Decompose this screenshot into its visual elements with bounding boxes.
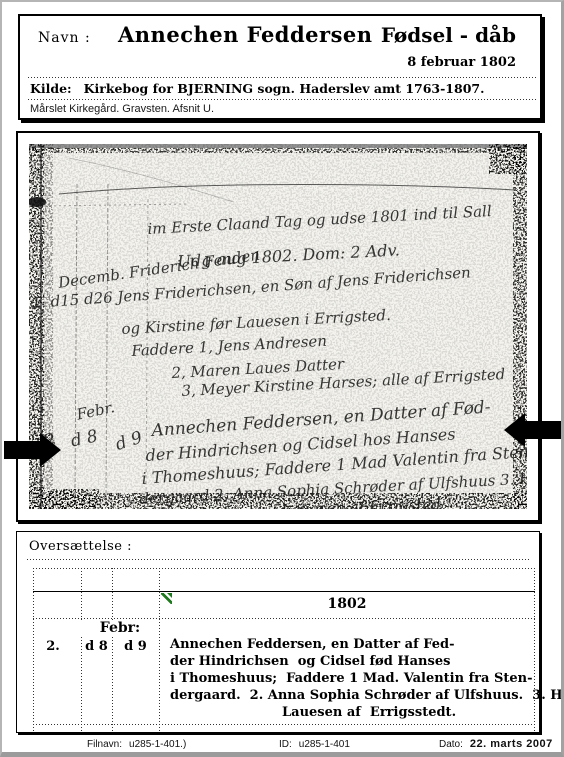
table-line-solid bbox=[33, 591, 535, 592]
translation-text-line: Annechen Feddersen, en Datter af Fed- bbox=[170, 636, 530, 653]
source-line: Kilde:Kirkebog for BJERNING sogn. Haders… bbox=[30, 81, 484, 96]
translation-text: Annechen Feddersen, en Datter af Fed- de… bbox=[170, 636, 530, 721]
dotted-separator bbox=[28, 99, 537, 100]
translation-box: Oversættelse : 1802 Febr: 2. d 8 d 9 Ann… bbox=[16, 531, 540, 733]
translation-table: 1802 Febr: 2. d 8 d 9 Annechen Feddersen… bbox=[33, 568, 535, 733]
date-value: 22. marts 2007 bbox=[470, 738, 553, 750]
table-border-right bbox=[534, 568, 535, 733]
dotted-separator bbox=[27, 559, 531, 560]
left-marker-arrow-icon bbox=[4, 433, 62, 468]
record-type: Fødsel - dåb bbox=[381, 23, 516, 47]
table-line bbox=[33, 618, 535, 619]
filename-field: Filnavn:u285-1-401.) bbox=[87, 739, 186, 750]
right-marker-arrow-icon bbox=[503, 413, 561, 448]
id-field: ID:u285-1-401 bbox=[279, 739, 350, 750]
source-label: Kilde: bbox=[30, 81, 72, 96]
table-line bbox=[33, 724, 535, 725]
table-column-line bbox=[159, 568, 160, 733]
date-field: Dato:22. marts 2007 bbox=[439, 738, 553, 750]
dotted-separator bbox=[28, 77, 537, 78]
header-box: Navn : Annechen Feddersen Fødsel - dåb 8… bbox=[18, 14, 542, 120]
cemetery-note: Mårslet Kirkegård. Gravsten. Afsnit U. bbox=[30, 103, 214, 115]
filename-value: u285-1-401.) bbox=[129, 739, 186, 750]
person-name: Annechen Feddersen bbox=[118, 22, 373, 47]
entry-number-cell: 2. bbox=[33, 639, 73, 654]
record-date: 8 februar 1802 bbox=[407, 55, 516, 70]
year-cell: 1802 bbox=[160, 596, 534, 612]
scan-box: im Erste Claand Tag og udse 1801 ind til… bbox=[16, 131, 540, 522]
translation-text-line: dergaard. 2. Anna Sophia Schrøder af Ulf… bbox=[170, 687, 530, 704]
month-cell: Febr: bbox=[81, 620, 159, 636]
table-border-top bbox=[33, 568, 535, 569]
id-label: ID: bbox=[279, 739, 292, 750]
record-sheet: Navn : Annechen Feddersen Fødsel - dåb 8… bbox=[0, 0, 564, 757]
id-value: u285-1-401 bbox=[299, 739, 350, 750]
baptism-day-cell: d 9 bbox=[112, 639, 159, 654]
filename-label: Filnavn: bbox=[87, 739, 122, 750]
translation-text-line: i Thomeshuus; Faddere 1 Mad. Valentin fr… bbox=[170, 670, 530, 687]
source-text: Kirkebog for BJERNING sogn. Haderslev am… bbox=[84, 81, 485, 96]
name-label: Navn : bbox=[38, 30, 91, 46]
churchbook-scan: im Erste Claand Tag og udse 1801 ind til… bbox=[29, 144, 527, 509]
birth-day-cell: d 8 bbox=[81, 639, 112, 654]
translation-label: Oversættelse : bbox=[29, 539, 132, 554]
translation-text-line: Lauesen af Errigsstedt. bbox=[282, 704, 530, 721]
translation-text-line: der Hindrichsen og Cidsel fød Hanses bbox=[170, 653, 530, 670]
date-label: Dato: bbox=[439, 739, 463, 750]
